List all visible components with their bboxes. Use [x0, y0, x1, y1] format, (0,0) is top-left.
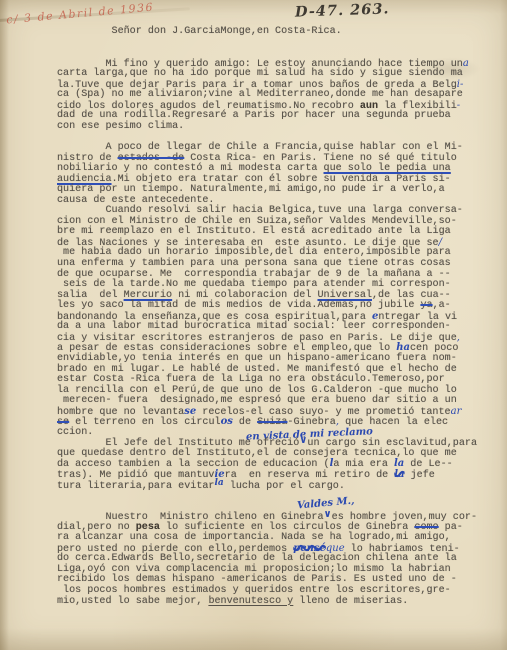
typed-text: seis de la tarde.No me quedaba tiempo pa…: [57, 279, 451, 290]
typed-text: ,a-: [433, 300, 451, 311]
typed-text: carta larga,que no ha ido porque mi salu…: [57, 68, 463, 79]
typed-text: nobiliario y no contestó a mi modesta ca…: [57, 163, 324, 174]
typed-line: hombre que no levantase recelos-el caso …: [57, 407, 487, 418]
typed-line: ca (Spa) no me aliviaron;vine al Mediter…: [57, 90, 487, 101]
typed-text: lucha por el cargo.: [224, 481, 345, 492]
typed-line: con ese pesimo clima.: [57, 122, 487, 133]
typed-text: bre mi reemplazo en el Instituto. El est…: [57, 226, 451, 237]
ink-correction: a: [463, 58, 469, 69]
typed-line: merecen- fuera designado,me espresó que …: [57, 396, 487, 407]
caret-icon: ∨: [324, 509, 332, 520]
typed-text: recibido los demas hispano -americanos d…: [57, 574, 457, 585]
ink-struck-text: Suiza: [257, 417, 287, 428]
typed-line: carta larga,que no ha ido porque mi salu…: [57, 69, 487, 80]
typed-text: de: [233, 417, 257, 428]
typed-text: de que ocuparse. Me correspondia trabaja…: [57, 269, 451, 280]
ink-underlined-text: que solo le pedia una: [324, 163, 451, 174]
typed-text: dad de una rodilla.Regresaré a Paris por…: [57, 110, 451, 121]
typed-text: con ese pesimo clima.: [57, 121, 184, 132]
typed-line: les yo saco la mitad de mis medios de vi…: [57, 301, 487, 312]
ink-correction: os: [221, 416, 233, 427]
typed-text: .Mi objeto era tratar con él sobre su ve…: [112, 174, 451, 185]
typed-text: Señor don J.GarciaMonge,en Costa-Rica.: [57, 26, 342, 37]
typed-text: lleno de miserias.: [293, 596, 408, 607]
typed-underlined-text: benvenutesco y: [208, 596, 293, 607]
typed-text: una enferma y tambien para una persona s…: [57, 258, 451, 269]
typed-text: ra alcanzar una cosa de importancia. Nad…: [57, 532, 451, 543]
ink-correction: -: [457, 100, 460, 111]
typed-line: da acceso tambien a la seccion de educac…: [57, 459, 487, 470]
letter-page: c/ 3 de Abril de 1936 D-47. 263. en vist…: [0, 0, 507, 650]
ink-correction: se: [184, 406, 196, 417]
typed-line: que quedase dentro del Instituto,el de c…: [57, 449, 487, 460]
ink-inserted-word: la: [215, 478, 224, 488]
typed-text: a mia era: [333, 459, 394, 470]
typed-text: tras). Me pidió que mantuv: [57, 470, 215, 481]
typed-text: tura literaria,para evitar: [57, 481, 215, 492]
typed-line: da a una labor mitad burocratica mitad s…: [57, 322, 487, 333]
typed-line: [57, 491, 487, 502]
typed-text: estar Costa -Rica fuera de la Liga no er…: [57, 374, 445, 385]
typed-text: merecen- fuera designado,me espresó que …: [57, 395, 457, 406]
typed-text: envidiable,yo tenia interés en que un hi…: [57, 353, 457, 364]
typed-text: la rencilla con el Perú,de que uno de lo…: [57, 385, 457, 396]
archive-number: D-47. 263.: [295, 0, 390, 20]
ink-struck-text: estados -de: [118, 153, 185, 164]
ink-struck-text: ya: [420, 300, 432, 311]
typed-line: Señor don J.GarciaMonge,en Costa-Rica.: [57, 27, 487, 38]
typed-text: que hacen la elec: [339, 417, 448, 428]
ink-underlined-text: audiencia: [57, 174, 112, 185]
typed-text: de Le--: [404, 459, 452, 470]
handwritten-date-note: c/ 3 de Abril de 1936: [6, 1, 155, 27]
typed-line: tras). Me pidió que mantuviera en reserv…: [57, 470, 487, 481]
typed-text: Cuando resolvi salir hacia Belgica,tuve …: [57, 205, 463, 216]
typed-text: me habia dado un horario imposible,del d…: [57, 247, 451, 258]
typed-line: cia y visitar escritores estranjeros de …: [57, 333, 487, 344]
ink-scribble: la: [394, 469, 404, 480]
typed-line: ra alcanzar una cosa de importancia. Nad…: [57, 533, 487, 544]
caret-icon: ∨: [299, 435, 307, 446]
typed-text: nistro de: [57, 153, 118, 164]
typed-text: da a una labor mitad burocratica mitad s…: [57, 321, 451, 332]
typed-line: [57, 38, 487, 49]
typed-line: [57, 48, 487, 59]
typed-line: tura literaria,para evitarla lucha por e…: [57, 481, 487, 492]
typed-text: A poco de llegar de Chile a Francia,quis…: [57, 142, 463, 153]
typed-line: se el terreno en los circulos de Suiza-G…: [57, 417, 487, 428]
ink-correction: ha: [396, 342, 410, 353]
typed-text: ra en reserva mi retiro de: [225, 470, 395, 481]
typed-text: les yo saco la mitad de mis medios de vi…: [57, 300, 420, 311]
typed-text: ccion.: [57, 427, 93, 438]
typed-text: ca (Spa) no me aliviaron;vine al Mediter…: [57, 89, 463, 100]
typed-line: [57, 502, 487, 513]
typed-text: da acceso tambien a la seccion de educac…: [57, 459, 330, 470]
ink-correction: ar: [451, 406, 462, 417]
typed-text: -Ginebra: [287, 417, 335, 428]
typed-line: mio,usted lo sabe mejor, benvenutesco y …: [57, 597, 487, 608]
typed-text: mio,usted lo sabe mejor,: [57, 596, 208, 607]
ink-correction: la: [394, 458, 404, 469]
typed-text: brado en mi lugar. Le hablé de usted. Me…: [57, 364, 457, 375]
typed-text: Costa Rica- en Paris. Tiene no sé qué ti…: [184, 153, 457, 164]
typed-text: jefe: [405, 470, 435, 481]
letter-body: Señor don J.GarciaMonge,en Costa-Rica. M…: [57, 27, 487, 607]
typed-text: do cerca.Edwards Bello,secretario de la …: [57, 553, 457, 564]
ink-correction: ,: [457, 332, 460, 343]
typed-text: quiera por un tiempo. Naturalmente,mi am…: [57, 184, 445, 195]
typed-line: bre mi reemplazo en el Instituto. El est…: [57, 227, 487, 238]
typed-text: los pocos hombres estimados y queridos e…: [57, 585, 451, 596]
typed-line: ccion.: [57, 428, 487, 439]
